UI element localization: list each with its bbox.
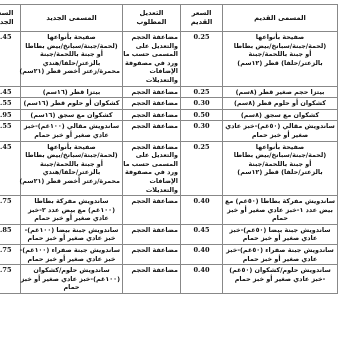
modification-cell-line: ورد في مصفوفة bbox=[125, 59, 178, 68]
table-row: ساندويش جبنة صفراء (٥٠غم)-خبزعادي صغير أ… bbox=[0, 245, 338, 265]
old-name-cell-line: صغير أو خبز حمام bbox=[225, 131, 335, 140]
new-price-cell: 0.45 bbox=[0, 86, 21, 98]
old-name-cell-line: بيتزا حجم صغير قطر (٨سم) bbox=[225, 88, 335, 97]
header-modification: التعديل المطلوب bbox=[123, 5, 181, 32]
table-row: كشكوان أو حلوم قطر (٨سم)0.30مضاعفة الحجم… bbox=[0, 98, 338, 110]
new-name-cell-line: أو جبنة باللحمة/جبنة bbox=[23, 160, 120, 169]
modification-cell-line: المسمى حسب ما bbox=[125, 160, 178, 169]
new-name-cell-line: محمرة/زعتر أخضر قطر (٢١سم) bbox=[23, 67, 120, 76]
modification-cell-line: مضاعفة الحجم bbox=[125, 99, 178, 108]
new-price-cell: 0.75 bbox=[0, 245, 21, 265]
old-name-cell-line: (لحمة/جبنة/سبانخ/بيض بطاطا bbox=[225, 42, 335, 51]
table-row: صفيحة بأنواعها(لحمة/جبنة/سبانخ/بيض بطاطا… bbox=[0, 141, 338, 196]
modification-cell-line: والتعديلات bbox=[125, 76, 178, 85]
modification-cell-line: الإضافات bbox=[125, 67, 178, 76]
old-name-cell: ساندويش جبنة صفراء (٥٠غم)-خبزعادي صغير أ… bbox=[223, 245, 338, 265]
new-name-cell-line: خبز عادي صغير أو خبز حمام bbox=[23, 234, 120, 243]
table-header-row: المسمى القديم السعر القديم التعديل المطل… bbox=[0, 5, 338, 32]
old-price-cell: 0.25 bbox=[181, 32, 223, 87]
old-name-cell-line: صفيحة بأنواعها bbox=[225, 143, 335, 152]
old-name-cell-line: صفيحة بأنواعها bbox=[225, 33, 335, 42]
table-row: ساندويش حلوم/كشكوان (٥٠غم)-خبز عادي صغير… bbox=[0, 265, 338, 294]
old-price-cell: 0.45 bbox=[181, 224, 223, 244]
header-old-price: السعر القديم bbox=[181, 5, 223, 32]
new-name-cell-line: حمام bbox=[23, 283, 120, 292]
old-name-cell-line: حمام bbox=[225, 214, 335, 223]
old-name-cell-line: (لحمة/جبنة/سبانخ/بيض بطاطا bbox=[225, 151, 335, 160]
new-name-cell-line: كشكوان مع سجق (١٦سم) bbox=[23, 111, 120, 120]
old-name-cell: صفيحة بأنواعها(لحمة/جبنة/سبانخ/بيض بطاطا… bbox=[223, 32, 338, 87]
old-name-cell-line: عادي صغير أو خبز حمام bbox=[225, 255, 335, 264]
new-name-cell-line: صفيحة بأنواعها bbox=[23, 143, 120, 152]
modification-cell: مضاعفة الحجم bbox=[123, 98, 181, 110]
new-name-cell-line: ساندويش مفركة بطاطا bbox=[23, 197, 120, 206]
new-name-cell-line: (١٠٠غم)-خبز عادي صغير أو خبز bbox=[23, 275, 120, 284]
old-price-cell: 0.40 bbox=[181, 245, 223, 265]
modification-cell-line: ورد في مصفوفة bbox=[125, 168, 178, 177]
new-name-cell-line: محمرة/زعتر أخضر قطر (٢١سم) bbox=[23, 177, 120, 186]
new-name-cell: ساندويش حلوم/كشكوان(١٠٠غم)-خبز عادي صغير… bbox=[21, 265, 123, 294]
old-price-cell: 0.25 bbox=[181, 141, 223, 196]
header-old-name: المسمى القديم bbox=[223, 5, 338, 32]
new-name-cell-line: ساندويش مقالي (١٠٠غم)-خبز bbox=[23, 122, 120, 131]
old-price-cell: 0.40 bbox=[181, 265, 223, 294]
modification-cell-line: مضاعفة الحجم bbox=[125, 88, 178, 97]
old-name-cell-line: ساندويش جبنة صفراء (٥٠غم)-خبز bbox=[225, 246, 335, 255]
old-name-cell: كشكوان أو حلوم قطر (٨سم) bbox=[223, 98, 338, 110]
new-name-cell: كشكوان أو حلوم قطر (١٦سم) bbox=[21, 98, 123, 110]
modification-cell-line: مضاعفة الحجم bbox=[125, 33, 178, 42]
modification-cell: مضاعفة الحجم bbox=[123, 265, 181, 294]
modification-cell: مضاعفة الحجم bbox=[123, 86, 181, 98]
old-price-cell: 0.50 bbox=[181, 109, 223, 121]
modification-cell-line: المسمى حسب ما bbox=[125, 50, 178, 59]
old-name-cell-line: بالزعتر/حلفا) قطر (١٢سم) bbox=[225, 59, 335, 68]
modification-cell-line: مضاعفة الحجم bbox=[125, 111, 178, 120]
new-name-cell-line: ساندويش جبنة صفراء (١٠٠غم)- bbox=[23, 246, 120, 255]
new-name-cell-line: (١٠٠غم) مع بيض عدد ٢-خبز bbox=[23, 206, 120, 215]
price-modification-table: المسمى القديم السعر القديم التعديل المطل… bbox=[0, 4, 338, 294]
modification-cell-line: والتعديل على bbox=[125, 151, 178, 160]
new-name-cell-line: عادي صغير أو خبز حمام bbox=[23, 131, 120, 140]
modification-cell: مضاعفة الحجم bbox=[123, 196, 181, 225]
new-price-cell: 0.55 bbox=[0, 98, 21, 110]
new-name-cell-line: خبز عادي صغير أو خبز حمام bbox=[23, 255, 120, 264]
table-row: ساندويش مفركة بطاطا (٥٠غم) معبيض عدد ١-خ… bbox=[0, 196, 338, 225]
modification-cell-line: الإضافات bbox=[125, 177, 178, 186]
new-name-cell: صفيحة بأنواعها(لحمة/جبنة/سبانخ/بيض بطاطا… bbox=[21, 141, 123, 196]
modification-cell: مضاعفة الحجم bbox=[123, 245, 181, 265]
old-name-cell-line: أو جبنة باللحمة/جبنة bbox=[225, 50, 335, 59]
table-row: صفيحة بأنواعها(لحمة/جبنة/سبانخ/بيض بطاطا… bbox=[0, 32, 338, 87]
modification-cell: مضاعفة الحجم bbox=[123, 109, 181, 121]
modification-cell: مضاعفة الحجموالتعديل علىالمسمى حسب ماورد… bbox=[123, 32, 181, 87]
modification-cell-line: والتعديل على bbox=[125, 42, 178, 51]
new-price-cell: 0.75 bbox=[0, 265, 21, 294]
old-name-cell: ساندويش مقالي (٥٠غم)-خبز عاديصغير أو خبز… bbox=[223, 121, 338, 141]
price-table-container: المسمى القديم السعر القديم التعديل المطل… bbox=[0, 4, 337, 294]
new-name-cell: بيتزا قطر (١٦سم) bbox=[21, 86, 123, 98]
new-price-cell: 0.85 bbox=[0, 224, 21, 244]
header-new-price: السعر الجديد bbox=[0, 5, 21, 32]
modification-cell-line: مضاعفة الحجم bbox=[125, 197, 178, 206]
modification-cell-line: مضاعفة الحجم bbox=[125, 122, 178, 131]
modification-cell: مضاعفة الحجم bbox=[123, 121, 181, 141]
table-row: ساندويش جبنة بيضا (٥٠غم)-خبزعادي صغير أو… bbox=[0, 224, 338, 244]
old-price-cell: 0.30 bbox=[181, 98, 223, 110]
modification-cell-line: والتعديلات bbox=[125, 186, 178, 195]
new-price-cell: 0.55 bbox=[0, 121, 21, 141]
new-name-cell-line: (لحمة/جبنة/سبانخ/بيض بطاطا bbox=[23, 42, 120, 51]
new-name-cell-line: بالزعتر/حلفا/هندي bbox=[23, 168, 120, 177]
old-name-cell: ساندويش حلوم/كشكوان (٥٠غم)-خبز عادي صغير… bbox=[223, 265, 338, 294]
new-name-cell: ساندويش مقالي (١٠٠غم)-خبزعادي صغير أو خب… bbox=[21, 121, 123, 141]
table-row: كشكوان مع سجق (٨سم)0.50مضاعفة الحجمكشكوا… bbox=[0, 109, 338, 121]
new-name-cell-line: بيتزا قطر (١٦سم) bbox=[23, 88, 120, 97]
new-price-cell: 0.45 bbox=[0, 32, 21, 87]
table-row: ساندويش مقالي (٥٠غم)-خبز عاديصغير أو خبز… bbox=[0, 121, 338, 141]
new-name-cell-line: صفيحة بأنواعها bbox=[23, 33, 120, 42]
old-name-cell-line: كشكوان أو حلوم قطر (٨سم) bbox=[225, 99, 335, 108]
old-name-cell-line: بالزعتر/حلفا) قطر (١٢سم) bbox=[225, 168, 335, 177]
table-body: صفيحة بأنواعها(لحمة/جبنة/سبانخ/بيض بطاطا… bbox=[0, 32, 338, 294]
old-name-cell-line: بيض عدد ١-خبز عادي صغير أو خبز bbox=[225, 206, 335, 215]
table-row: بيتزا حجم صغير قطر (٨سم)0.25مضاعفة الحجم… bbox=[0, 86, 338, 98]
new-name-cell: ساندويش جبنة بيضا (١٠٠غم)-خبز عادي صغير … bbox=[21, 224, 123, 244]
new-price-cell: 0.45 bbox=[0, 141, 21, 196]
old-name-cell-line: ساندويش مقالي (٥٠غم)-خبز عادي bbox=[225, 122, 335, 131]
header-new-name: المسمى الجديد bbox=[21, 5, 123, 32]
new-price-cell: 0.75 bbox=[0, 196, 21, 225]
modification-cell-line: مضاعفة الحجم bbox=[125, 226, 178, 235]
old-price-cell: 0.40 bbox=[181, 196, 223, 225]
modification-cell: مضاعفة الحجموالتعديل علىالمسمى حسب ماورد… bbox=[123, 141, 181, 196]
new-name-cell: ساندويش مفركة بطاطا(١٠٠غم) مع بيض عدد ٢-… bbox=[21, 196, 123, 225]
modification-cell-line: مضاعفة الحجم bbox=[125, 246, 178, 255]
old-name-cell-line: كشكوان مع سجق (٨سم) bbox=[225, 111, 335, 120]
old-name-cell-line: عادي صغير أو خبز حمام bbox=[225, 234, 335, 243]
new-price-cell: 0.95 bbox=[0, 109, 21, 121]
modification-cell: مضاعفة الحجم bbox=[123, 224, 181, 244]
new-name-cell-line: ساندويش حلوم/كشكوان bbox=[23, 266, 120, 275]
old-name-cell-line: ساندويش مفركة بطاطا (٥٠غم) مع bbox=[225, 197, 335, 206]
new-name-cell: صفيحة بأنواعها(لحمة/جبنة/سبانخ/بيض بطاطا… bbox=[21, 32, 123, 87]
old-name-cell: بيتزا حجم صغير قطر (٨سم) bbox=[223, 86, 338, 98]
old-name-cell: ساندويش جبنة بيضا (٥٠غم)-خبزعادي صغير أو… bbox=[223, 224, 338, 244]
old-price-cell: 0.30 bbox=[181, 121, 223, 141]
modification-cell-line: مضاعفة الحجم bbox=[125, 266, 178, 275]
old-name-cell: ساندويش مفركة بطاطا (٥٠غم) معبيض عدد ١-خ… bbox=[223, 196, 338, 225]
old-name-cell: صفيحة بأنواعها(لحمة/جبنة/سبانخ/بيض بطاطا… bbox=[223, 141, 338, 196]
old-name-cell-line: -خبز عادي صغير أو خبز حمام bbox=[225, 275, 335, 284]
old-price-cell: 0.25 bbox=[181, 86, 223, 98]
modification-cell-line: مضاعفة الحجم bbox=[125, 143, 178, 152]
new-name-cell-line: (لحمة/جبنة/سبانخ/بيض بطاطا bbox=[23, 151, 120, 160]
old-name-cell-line: أو جبنة باللحمة/جبنة bbox=[225, 160, 335, 169]
new-name-cell-line: كشكوان أو حلوم قطر (١٦سم) bbox=[23, 99, 120, 108]
old-name-cell-line: ساندويش حلوم/كشكوان (٥٠غم) bbox=[225, 266, 335, 275]
old-name-cell: كشكوان مع سجق (٨سم) bbox=[223, 109, 338, 121]
new-name-cell-line: عادي صغير أو خبز حمام bbox=[23, 214, 120, 223]
new-name-cell-line: أو جبنة باللحمة/جبنة bbox=[23, 50, 120, 59]
new-name-cell: كشكوان مع سجق (١٦سم) bbox=[21, 109, 123, 121]
new-name-cell: ساندويش جبنة صفراء (١٠٠غم)-خبز عادي صغير… bbox=[21, 245, 123, 265]
